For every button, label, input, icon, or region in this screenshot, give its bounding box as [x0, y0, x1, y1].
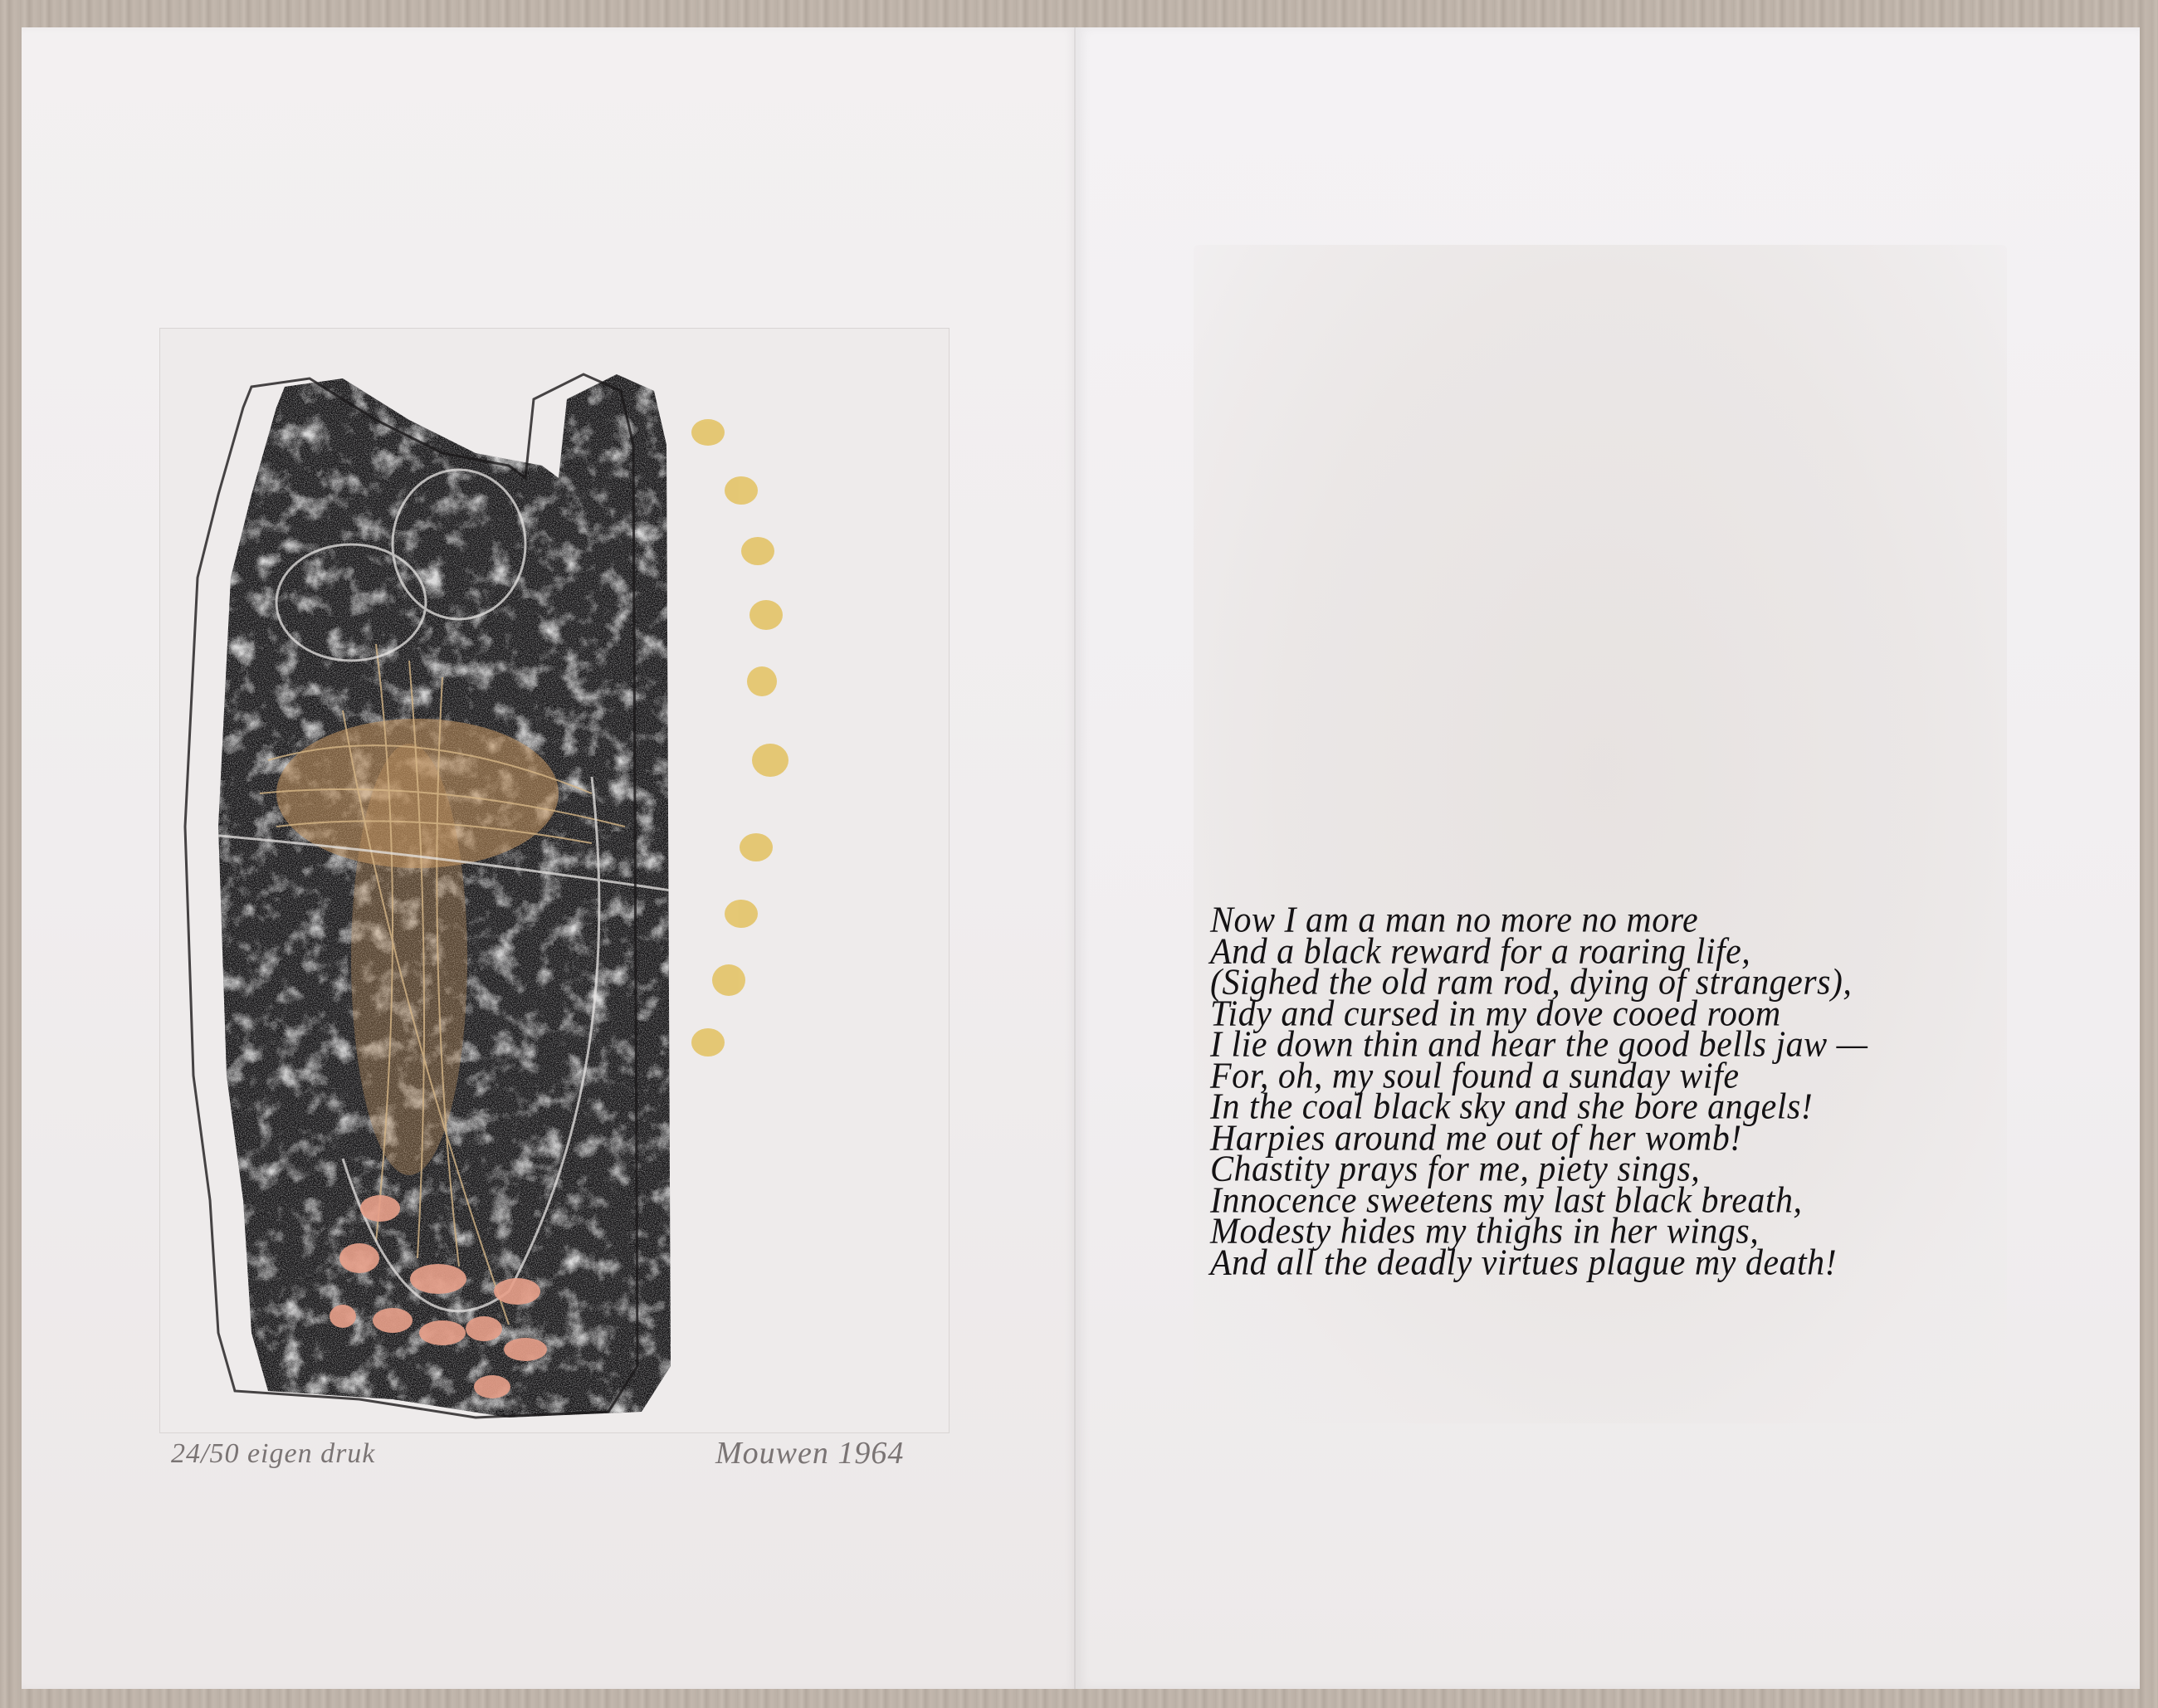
poem-line: And all the deadly virtues plague my dea… — [1210, 1247, 2123, 1280]
abstract-etching — [160, 329, 949, 1432]
edition-inscription: 24/50 eigen druk — [171, 1438, 375, 1470]
artist-signature: Mouwen 1964 — [715, 1435, 904, 1471]
portfolio-sheet: 24/50 eigen druk Mouwen 1964 Now I am a … — [22, 27, 2140, 1689]
left-page: 24/50 eigen druk Mouwen 1964 — [22, 27, 1076, 1689]
right-page: Now I am a man no more no more And a bla… — [1076, 27, 2140, 1689]
etching-plate — [159, 328, 950, 1433]
handwritten-poem: Now I am a man no more no more And a bla… — [1210, 905, 2123, 1279]
